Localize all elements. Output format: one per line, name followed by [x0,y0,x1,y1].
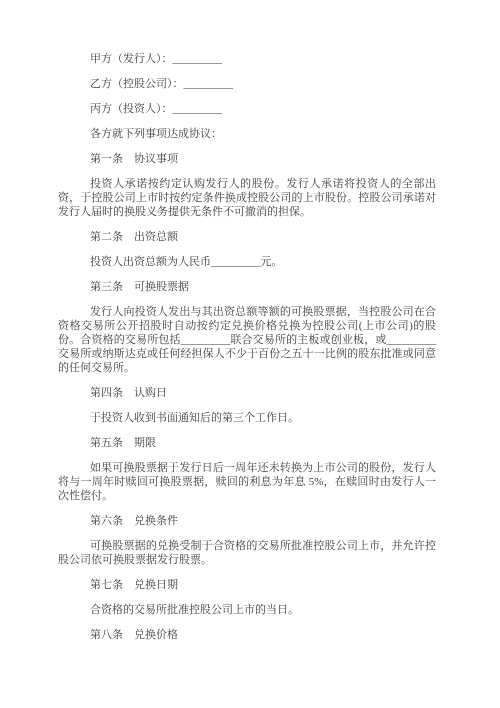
section-heading-6: 第六条 兑换条件 [58,514,436,528]
section-heading-4: 第四条 认购日 [58,386,436,400]
party-line-investor: 丙方（投资人）：_________ [58,102,436,116]
party-line-holding-company: 乙方（控股公司）：_________ [58,77,436,91]
section-heading-8: 第八条 兑换价格 [58,628,436,642]
section-heading-7: 第七条 兑换日期 [58,578,436,592]
section-paragraph-1: 投资人承诺按约定认购发行人的股份。发行人承诺将投资人的全部出资，于控股公司上市时… [58,177,436,219]
section-heading-1: 第一条 协议事项 [58,152,436,166]
section-heading-2: 第二条 出资总额 [58,230,436,244]
section-paragraph-5: 如果可换股票据于发行日后一周年还未转换为上市公司的股份，发行人将与一周年时赎回可… [58,461,436,503]
party-line-issuer: 甲方（发行人）：_________ [58,52,436,66]
section-paragraph-2: 投资人出资总额为人民币_________元。 [58,255,436,269]
section-heading-5: 第五条 期限 [58,436,436,450]
section-paragraph-6: 可换股票据的兑换受制于合资格的交易所批准控股公司上市，并允许控股公司依可换股票据… [58,539,436,567]
section-heading-3: 第三条 可换股票据 [58,280,436,294]
document-page: 甲方（发行人）：_________ 乙方（控股公司）：_________ 丙方（… [0,0,500,708]
contract-document: 甲方（发行人）：_________ 乙方（控股公司）：_________ 丙方（… [0,0,500,708]
agreement-intro: 各方就下列事项达成协议： [58,127,436,141]
section-paragraph-7: 合资格的交易所批准控股公司上市的当日。 [58,603,436,617]
section-paragraph-4: 于投资人收到书面通知后的第三个工作日。 [58,411,436,425]
section-paragraph-3: 发行人向投资人发出与其出资总额等额的可换股票据，当控股公司在合资格交易所公开招股… [58,305,436,375]
